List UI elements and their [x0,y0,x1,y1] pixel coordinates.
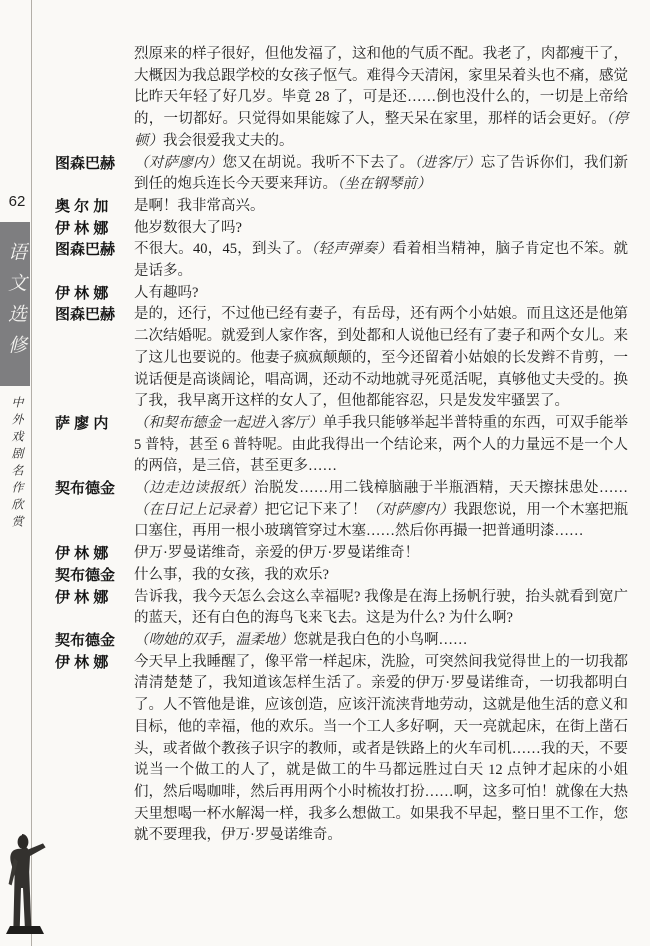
dialogue-row: 契布德金 （边走边读报纸）治脱发……用二钱樟脑融于半瓶酒精，天天擦抹患处……（在… [55,478,628,543]
spine-series-block: 语文选修 [0,222,30,386]
dialogue-text: （对萨廖内）您又在胡说。我听不下去了。（进客厅）忘了告诉你们，我们新到任的炮兵连… [134,153,628,196]
dialogue-text: 人有趣吗? [134,283,628,305]
spine-divider-line [31,0,32,946]
speaker-name: 图森巴赫 [55,153,134,175]
dialogue-row: 伊 林 娜 今天早上我睡醒了，像平常一样起床，洗脸，可突然间我觉得世上的一切我都… [55,652,628,847]
spine-series-title: 语文选修 [0,242,30,366]
dialogue-row: 伊 林 娜 他岁数很大了吗? [55,218,628,240]
spine-series-subtitle: 中外戏剧名作欣赏 [9,396,26,532]
dialogue-text: （边走边读报纸）治脱发……用二钱樟脑融于半瓶酒精，天天擦抹患处……（在日记上记录… [134,478,628,543]
speaker-name: 图森巴赫 [55,304,134,326]
dialogue-row: 萨 廖 内 （和契布德金一起进入客厅）单手我只能够举起半普特重的东西，可双手能举… [55,413,628,478]
speaker-name: 契布德金 [55,478,134,500]
speaker-name: 奥 尔 加 [55,196,134,218]
statue-figurine-icon [2,832,50,936]
speaker-name: 萨 廖 内 [55,413,134,435]
dialogue-text: 什么事，我的女孩，我的欢乐? [134,565,628,587]
speaker-name: 伊 林 娜 [55,543,134,565]
dialogue-text: 伊万·罗曼诺维奇，亲爱的伊万·罗曼诺维奇！ [134,543,628,565]
dialogue-row: 契布德金 什么事，我的女孩，我的欢乐? [55,565,628,587]
dialogue-text: 烈原来的样子很好，但他发福了，这和他的气质不配。我老了，肉都瘦干了，大概因为我总… [134,44,628,153]
dialogue-text: 是啊！我非常高兴。 [134,196,628,218]
dialogue-text: （和契布德金一起进入客厅）单手我只能够举起半普特重的东西，可双手能举 5 普特，… [134,413,628,478]
dialogue-text: 是的，还行，不过他已经有妻子，有岳母，还有两个小姑娘。而且这还是他第二次结婚呢。… [134,304,628,413]
speaker-name: 伊 林 娜 [55,652,134,674]
dialogue-row: 契布德金 （吻她的双手，温柔地）您就是我白色的小鸟啊…… [55,630,628,652]
dialogue-text: 告诉我，我今天怎么会这么幸福呢? 我像是在海上扬帆行驶，抬头就看到宽广的蓝天，还… [134,587,628,630]
speaker-name: 图森巴赫 [55,239,134,261]
dialogue-row: 伊 林 娜 伊万·罗曼诺维奇，亲爱的伊万·罗曼诺维奇！ [55,543,628,565]
dialogue: 烈原来的样子很好，但他发福了，这和他的气质不配。我老了，肉都瘦干了，大概因为我总… [55,44,628,847]
dialogue-row: 图森巴赫 （对萨廖内）您又在胡说。我听不下去了。（进客厅）忘了告诉你们，我们新到… [55,153,628,196]
dialogue-row: 图森巴赫 不很大。40，45，到头了。（轻声弹奏）看着相当精神，脑子肯定也不笨。… [55,239,628,282]
dialogue-text: （吻她的双手，温柔地）您就是我白色的小鸟啊…… [134,630,628,652]
speaker-name: 契布德金 [55,630,134,652]
speaker-name: 伊 林 娜 [55,587,134,609]
dialogue-row: 伊 林 娜 告诉我，我今天怎么会这么幸福呢? 我像是在海上扬帆行驶，抬头就看到宽… [55,587,628,630]
book-page: { "page": { "number": "62", "spine_label… [0,0,650,946]
page-number: 62 [4,193,30,210]
dialogue-row: 烈原来的样子很好，但他发福了，这和他的气质不配。我老了，肉都瘦干了，大概因为我总… [55,44,628,153]
dialogue-row: 奥 尔 加 是啊！我非常高兴。 [55,196,628,218]
dialogue-row: 图森巴赫 是的，还行，不过他已经有妻子，有岳母，还有两个小姑娘。而且这还是他第二… [55,304,628,413]
dialogue-row: 伊 林 娜 人有趣吗? [55,283,628,305]
speaker-name: 伊 林 娜 [55,283,134,305]
speaker-name: 伊 林 娜 [55,218,134,240]
dialogue-text: 不很大。40，45，到头了。（轻声弹奏）看着相当精神，脑子肯定也不笨。就是话多。 [134,239,628,282]
speaker-name: 契布德金 [55,565,134,587]
dialogue-text: 他岁数很大了吗? [134,218,628,240]
dialogue-text: 今天早上我睡醒了，像平常一样起床，洗脸，可突然间我觉得世上的一切我都清清楚楚了，… [134,652,628,847]
